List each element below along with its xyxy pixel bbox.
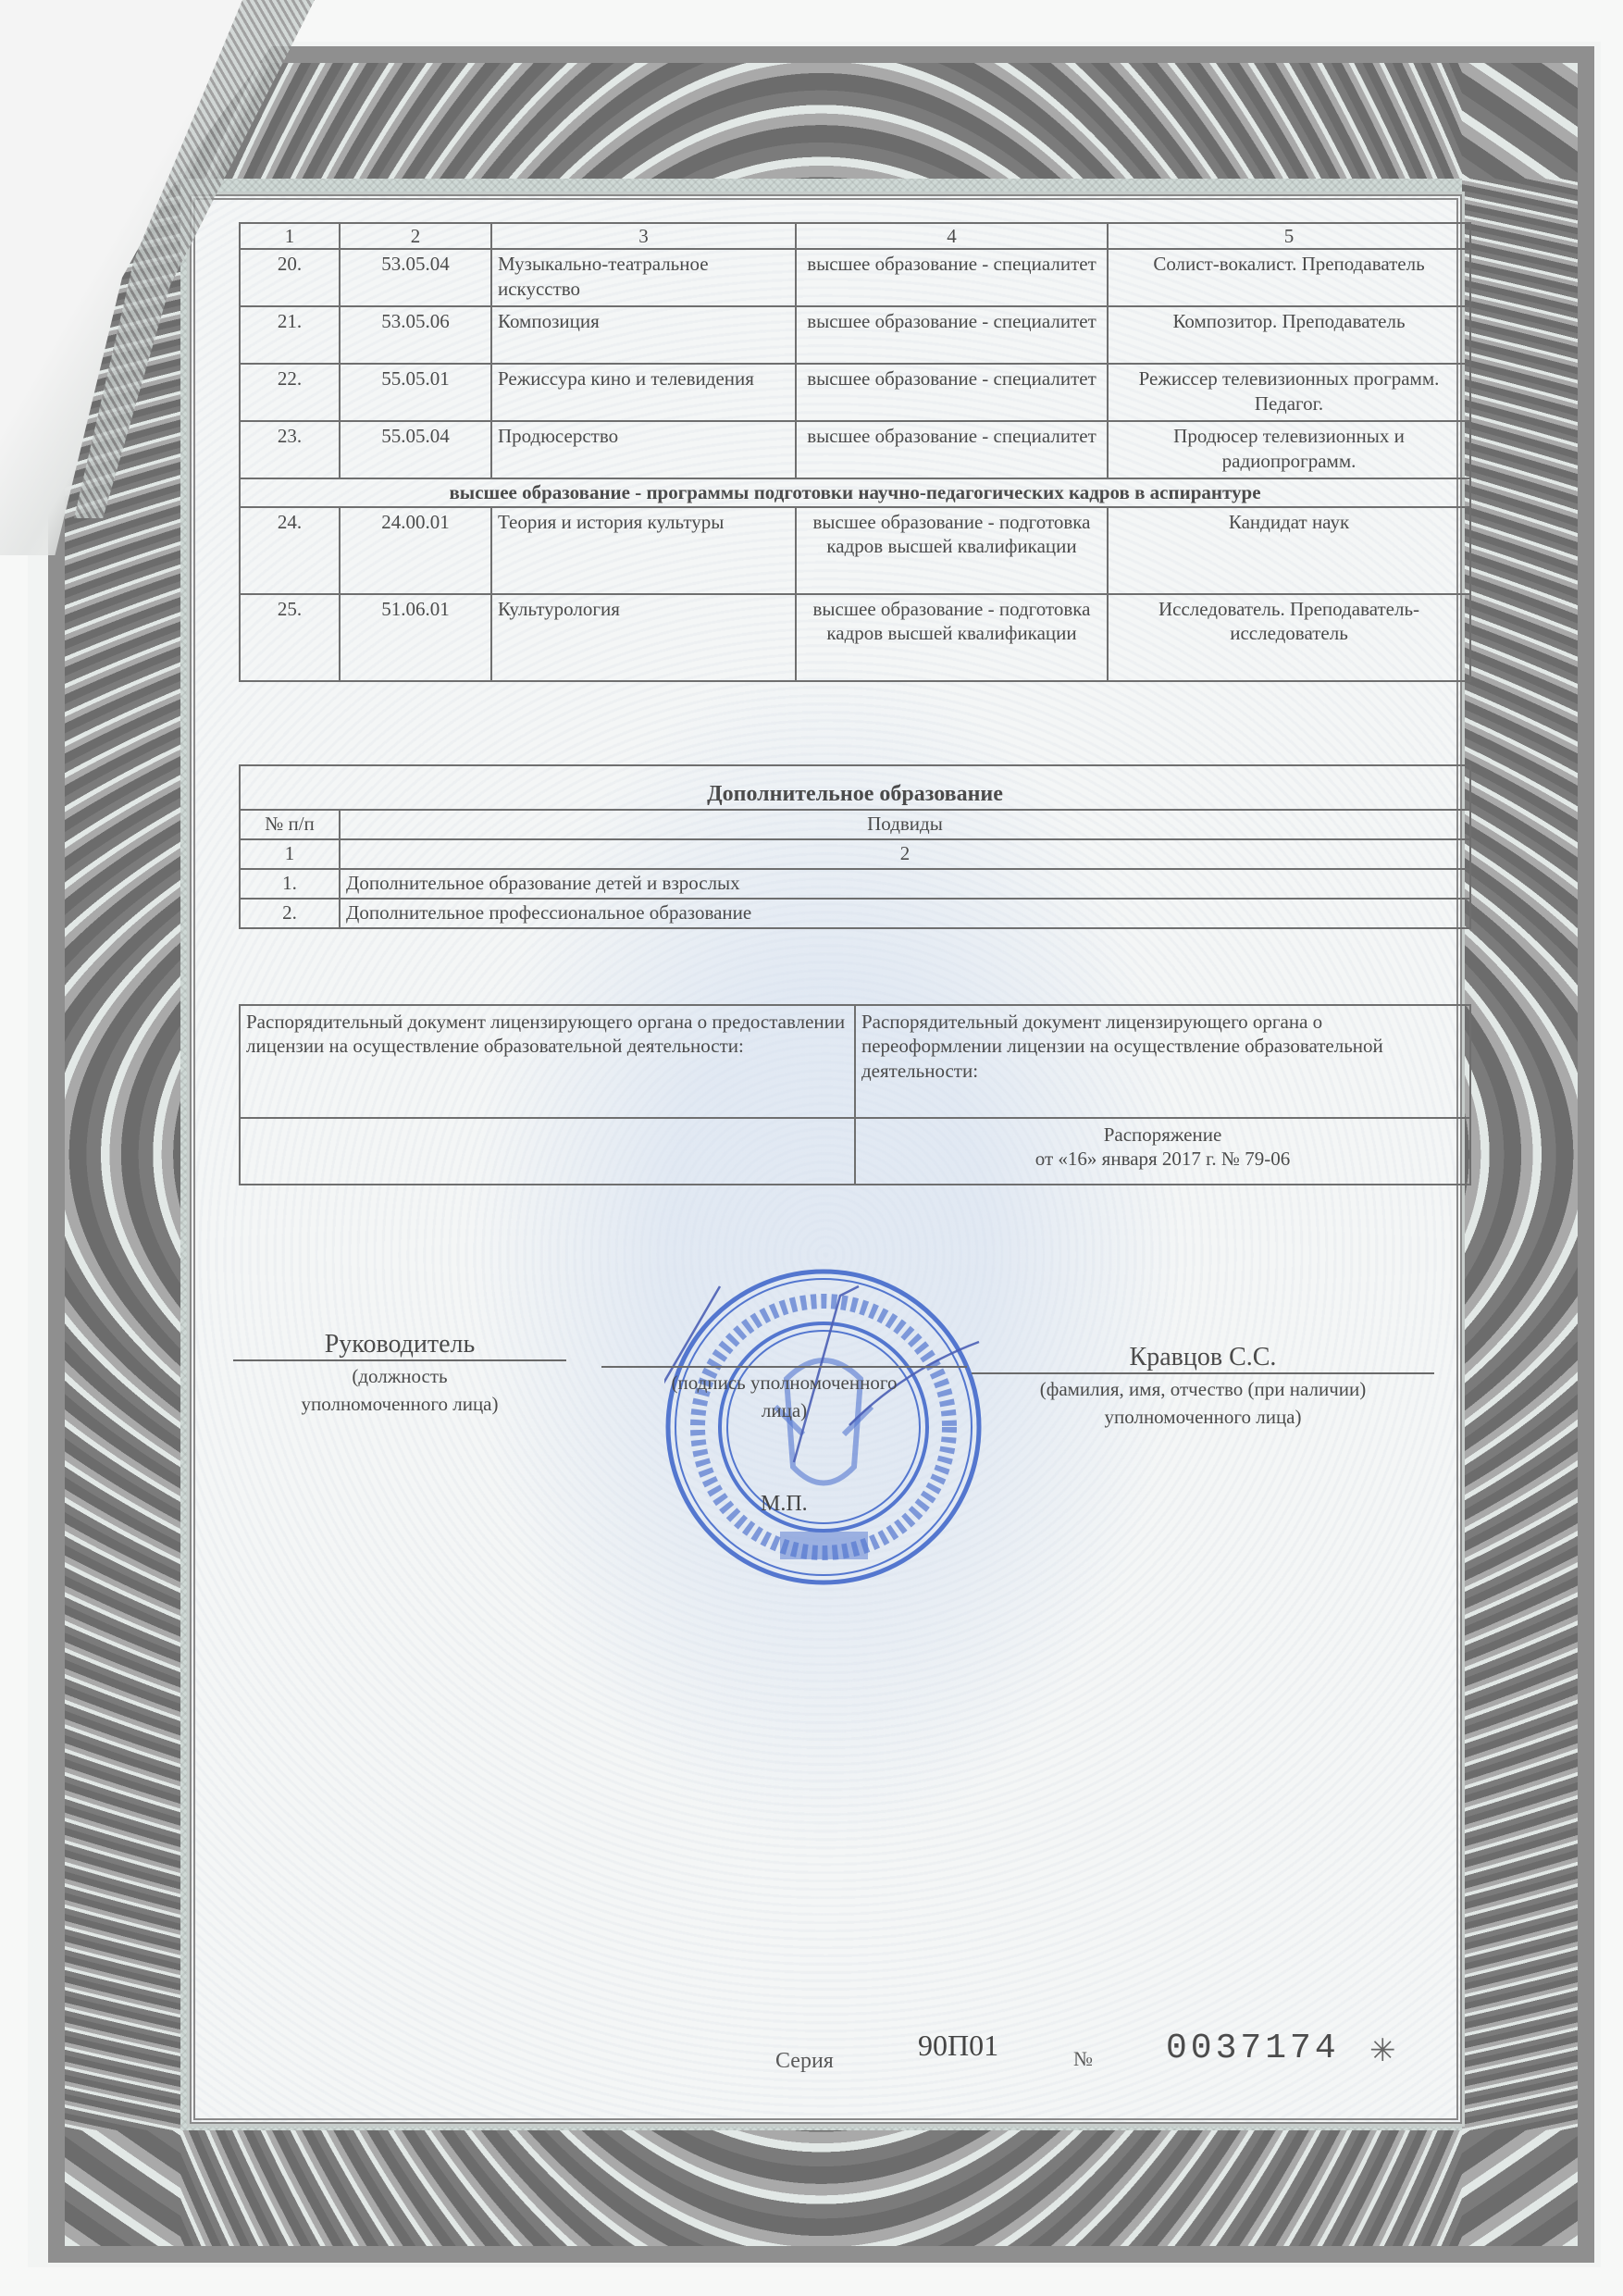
program-name: Музыкально-театральное искусство — [491, 249, 796, 306]
row-num: 24. — [240, 507, 340, 594]
col-number-1: 1 — [240, 223, 340, 249]
col-number-5: 5 — [1108, 223, 1470, 249]
series-value: 90П01 — [918, 2029, 998, 2063]
subtype-name: Дополнительное образование детей и взрос… — [340, 869, 1470, 899]
table-row: 25. 51.06.01 Культурология высшее образо… — [240, 594, 1470, 681]
row-num: 21. — [240, 306, 340, 364]
grant-order-label: Распорядительный документ лицензирующего… — [240, 1005, 855, 1118]
education-level: высшее образование - специалитет — [796, 306, 1108, 364]
programs-table: 1 2 3 4 5 20. 53.05.04 Музыкально-театра… — [239, 222, 1471, 682]
signer-name: Кравцов С.С. — [972, 1343, 1434, 1372]
table-row: 22. 55.05.01 Режиссура кино и телевидени… — [240, 364, 1470, 421]
table-row: 21. 53.05.06 Композиция высшее образован… — [240, 306, 1470, 364]
program-code: 55.05.04 — [340, 421, 491, 478]
col-number-1: 1 — [240, 839, 340, 869]
name-caption: уполномоченного лица) — [972, 1404, 1434, 1430]
reissue-order-value: Распоряжение от «16» января 2017 г. № 79… — [855, 1118, 1470, 1185]
col-number-2: 2 — [340, 223, 491, 249]
education-level: высшее образование - специалитет — [796, 364, 1108, 421]
qualification: Исследователь. Преподаватель-исследовате… — [1108, 594, 1470, 681]
subtype-name: Дополнительное профессиональное образова… — [340, 899, 1470, 928]
program-code: 53.05.04 — [340, 249, 491, 306]
qualification: Солист-вокалист. Преподаватель — [1108, 249, 1470, 306]
number-label: № — [1073, 2047, 1093, 2071]
section-heading: высшее образование - программы подготовк… — [240, 478, 1470, 506]
program-code: 55.05.01 — [340, 364, 491, 421]
table-row: 2. Дополнительное профессиональное образ… — [240, 899, 1470, 928]
program-code: 53.05.06 — [340, 306, 491, 364]
program-name: Теория и история культуры — [491, 507, 796, 594]
education-level: высшее образование - специалитет — [796, 249, 1108, 306]
order-values-row: Распоряжение от «16» января 2017 г. № 79… — [240, 1118, 1470, 1185]
additional-education-title-row: Дополнительное образование — [240, 765, 1470, 810]
table-row: 1. Дополнительное образование детей и вз… — [240, 869, 1470, 899]
name-caption: (фамилия, имя, отчество (при наличии) — [972, 1376, 1434, 1402]
col-number-3: 3 — [491, 223, 796, 249]
position-caption: уполномоченного лица) — [233, 1391, 566, 1417]
grant-order-value — [240, 1118, 855, 1185]
qualification: Продюсер телевизионных и радиопрограмм. — [1108, 421, 1470, 478]
education-level: высшее образование - подготовка кадров в… — [796, 594, 1108, 681]
reissue-order-label: Распорядительный документ лицензирующего… — [855, 1005, 1470, 1118]
column-number-row: 1 2 — [240, 839, 1470, 869]
header-row: № п/п Подвиды — [240, 810, 1470, 839]
signature-block-signature: (подпись уполномоченного лица) — [601, 1366, 967, 1423]
col-number-4: 4 — [796, 223, 1108, 249]
series-label: Серия — [775, 2049, 834, 2074]
reissue-order-date-number: от «16» января 2017 г. № 79-06 — [861, 1147, 1464, 1171]
row-num: 20. — [240, 249, 340, 306]
qualification: Режиссер телевизионных программ. Педагог… — [1108, 364, 1470, 421]
seal-place-label: М.П. — [761, 1492, 808, 1517]
program-code: 51.06.01 — [340, 594, 491, 681]
program-name: Композиция — [491, 306, 796, 364]
signature-caption: лица) — [601, 1397, 967, 1423]
program-name: Культурология — [491, 594, 796, 681]
row-num: 2. — [240, 899, 340, 928]
signature-block-position: Руководитель (должность уполномоченного … — [233, 1330, 566, 1417]
row-num: 23. — [240, 421, 340, 478]
order-labels-row: Распорядительный документ лицензирующего… — [240, 1005, 1470, 1118]
column-number-row: 1 2 3 4 5 — [240, 223, 1470, 249]
reissue-order-type: Распоряжение — [861, 1123, 1464, 1147]
section-heading-row: высшее образование - программы подготовк… — [240, 478, 1470, 506]
program-name: Режиссура кино и телевидения — [491, 364, 796, 421]
table-row: 24. 24.00.01 Теория и история культуры в… — [240, 507, 1470, 594]
qualification: Композитор. Преподаватель — [1108, 306, 1470, 364]
additional-education-table: Дополнительное образование № п/п Подвиды… — [239, 764, 1471, 929]
education-level: высшее образование - специалитет — [796, 421, 1108, 478]
program-code: 24.00.01 — [340, 507, 491, 594]
licensing-orders-table: Распорядительный документ лицензирующего… — [239, 1004, 1471, 1185]
col-header-num: № п/п — [240, 810, 340, 839]
signature-block-name: Кравцов С.С. (фамилия, имя, отчество (пр… — [972, 1343, 1434, 1430]
additional-education-title: Дополнительное образование — [240, 765, 1470, 810]
asterisk-icon: ✳ — [1369, 2032, 1396, 2069]
row-num: 25. — [240, 594, 340, 681]
row-num: 22. — [240, 364, 340, 421]
col-number-2: 2 — [340, 839, 1470, 869]
signature-caption: (подпись уполномоченного — [601, 1370, 967, 1396]
qualification: Кандидат наук — [1108, 507, 1470, 594]
position-caption: (должность — [233, 1363, 566, 1389]
table-row: 20. 53.05.04 Музыкально-театральное иску… — [240, 249, 1470, 306]
position-value: Руководитель — [233, 1330, 566, 1359]
education-level: высшее образование - подготовка кадров в… — [796, 507, 1108, 594]
official-seal-stamp — [664, 1268, 984, 1587]
position-underline — [233, 1359, 566, 1361]
row-num: 1. — [240, 869, 340, 899]
table-row: 23. 55.05.04 Продюсерство высшее образов… — [240, 421, 1470, 478]
program-name: Продюсерство — [491, 421, 796, 478]
signature-underline — [601, 1366, 967, 1368]
col-header-subtypes: Подвиды — [340, 810, 1470, 839]
name-underline — [972, 1372, 1434, 1374]
form-number-value: 0037174 — [1166, 2029, 1340, 2068]
